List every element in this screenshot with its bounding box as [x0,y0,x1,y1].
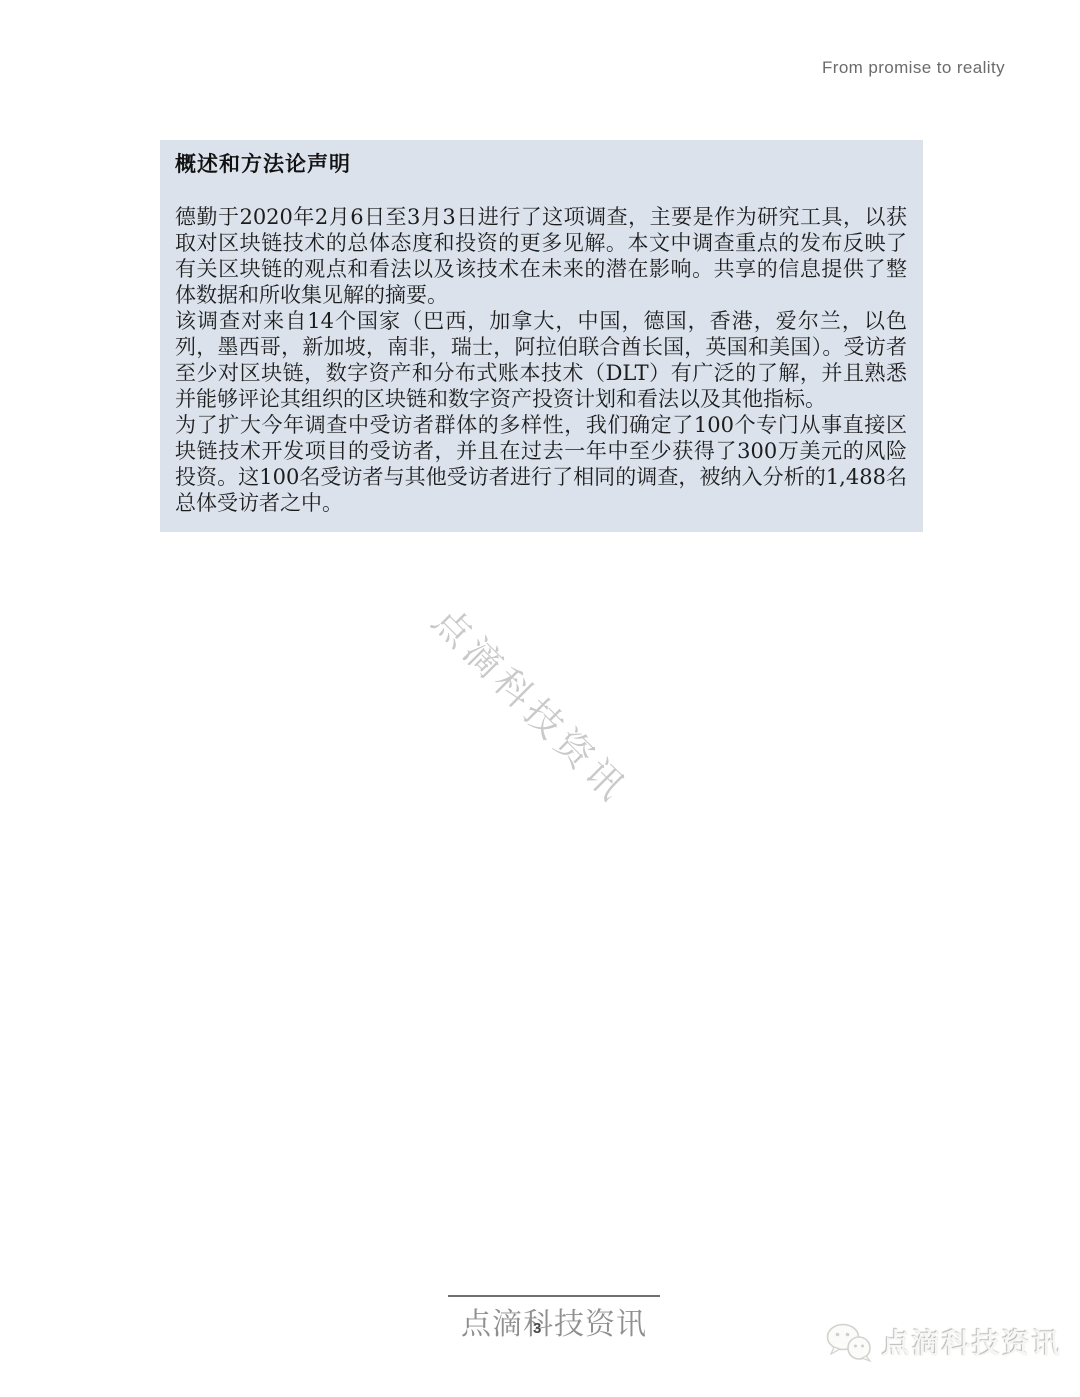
footer-brand: 点滴科技资讯 [448,1295,660,1343]
overview-paragraph-2: 该调查对来自14个国家（巴西，加拿大，中国，德国，香港，爱尔兰，以色列，墨西哥，… [175,308,907,412]
overview-paragraph-1: 德勤于2020年2月6日至3月3日进行了这项调查，主要是作为研究工具，以获取对区… [175,204,907,308]
wechat-icon [824,1322,874,1362]
header-tagline: From promise to reality [822,58,1005,78]
overview-paragraph-3: 为了扩大今年调查中受访者群体的多样性，我们确定了100个专门从事直接区块链技术开… [175,412,907,516]
corner-logo-text: 点滴科技资讯 [882,1322,1062,1362]
corner-logo: 点滴科技资讯 [824,1322,1062,1362]
overview-box-title: 概述和方法论声明 [175,148,907,178]
diagonal-watermark: 点滴科技资讯 [423,593,644,814]
page-number: 3 [533,1320,541,1337]
overview-box: 概述和方法论声明 德勤于2020年2月6日至3月3日进行了这项调查，主要是作为研… [160,140,923,532]
document-page: From promise to reality 概述和方法论声明 德勤于2020… [0,0,1080,1397]
